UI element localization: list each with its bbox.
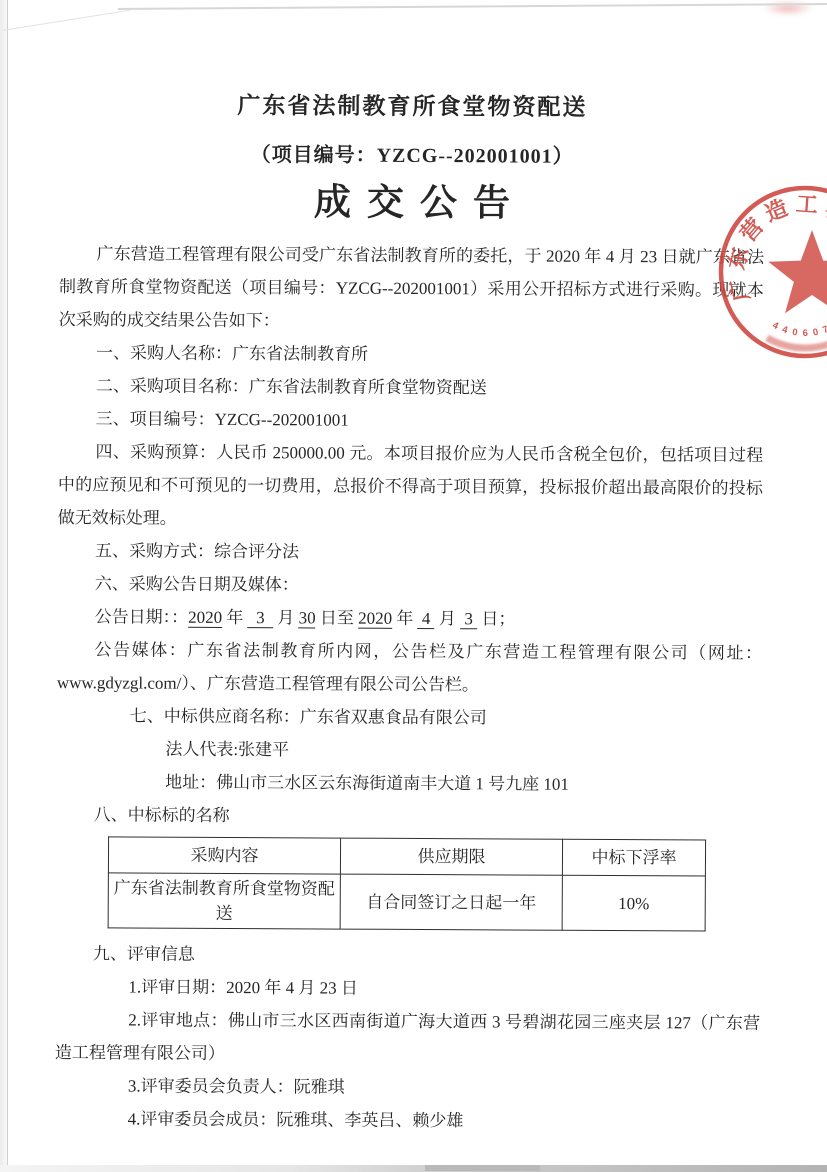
document-body: 广东营造工程管理有限公司受广东省法制教育所的委托，于 2020 年 4 月 23… [55,237,765,1139]
notice-media-line: 公告媒体：广东省法制教育所内网，公告栏及广东营造工程管理有限公司（网址：www.… [57,633,762,703]
date-segment: 月 [435,609,461,628]
item-purchaser-name: 一、采购人名称：广东省法制教育所 [59,336,764,373]
item-winning-supplier: 七、中标供应商名称：广东省双惠食品有限公司 [57,699,762,736]
date-segment: ： [171,608,188,627]
intro-paragraph: 广东营造工程管理有限公司受广东省法制教育所的委托，于 2020 年 4 月 23… [59,237,765,340]
item-award-subject: 八、中标标的名称 [56,798,761,835]
seal-star-icon [768,230,827,313]
review-chair-line: 3.评审委员会负责人：阮雅琪 [55,1069,760,1106]
announcement-heading: 成交公告 [59,180,764,228]
seal-bottom-band [767,338,827,348]
award-table-cell: 10% [562,875,705,931]
notice-date-values: ：2020 年 3 月 30 日至 2020 年 4 月 3 日； [171,608,515,630]
award-table-header-cell: 供应期限 [340,838,562,875]
scanned-document-page: { "doc": { "title": "广东省法制教育所食堂物资配送", "p… [0,0,827,1172]
seal-serial-number: 440607 [771,320,827,339]
date-segment: 2020 [358,609,392,629]
review-location-line: 2.评审地点：佛山市三水区西南街道广海大道西 3 号碧湖花园三座夹层 127（广… [55,1003,760,1073]
scan-edge-left [0,0,8,1172]
scan-edge-bottom-band [0,1165,827,1172]
date-segment: 日至 [316,608,359,627]
award-table-header-row: 采购内容供应期限中标下浮率 [108,837,705,876]
award-table-body: 广东省法制教育所食堂物资配送自合同签订之日起一年10% [108,873,705,931]
review-members-line: 4.评审委员会成员：阮雅琪、李英吕、赖少雄 [55,1102,760,1139]
project-number-line: （项目编号：YZCG--202001001） [60,140,765,172]
date-segment: 年 [392,609,418,628]
date-segment: 月 [273,608,299,627]
award-table-header-cell: 采购内容 [108,837,340,874]
item-project-name: 二、采购项目名称：广东省法制教育所食堂物资配送 [58,369,763,406]
document-title: 广东省法制教育所食堂物资配送 [60,90,765,124]
award-table-header-cell: 中标下浮率 [562,839,705,876]
legal-representative-line: 法人代表:张建平 [56,732,761,769]
company-seal-stamp-icon: 广东营造工程管 440607 [700,172,827,372]
date-segment: 3 [460,609,477,629]
date-segment: 30 [299,608,316,628]
date-segment: 2020 [188,608,222,628]
award-table-cell: 自合同签订之日起一年 [340,874,562,930]
notice-date-line: 公告日期：：2020 年 3 月 30 日至 2020 年 4 月 3 日； [57,600,762,637]
award-table: 采购内容供应期限中标下浮率 广东省法制教育所食堂物资配送自合同签订之日起一年10… [108,836,706,931]
scan-edge-bottom-blob [425,1165,540,1171]
date-segment: 日； [477,609,515,628]
item-project-number: 三、项目编号：YZCG--202001001 [58,402,763,439]
review-date-line: 1.评审日期：2020 年 4 月 23 日 [55,970,760,1007]
item-notice-date-media: 六、采购公告日期及媒体： [57,567,762,604]
item-review-info: 九、评审信息 [55,937,760,974]
date-segment: 年 [222,608,248,627]
award-table-cell: 广东省法制教育所食堂物资配送 [108,873,340,929]
item-method: 五、采购方式：综合评分法 [58,534,763,571]
award-table-row: 广东省法制教育所食堂物资配送自合同签订之日起一年10% [108,873,705,931]
item-budget: 四、采购预算：人民币 250000.00 元。本项目报价应为人民币含税全包价，包… [58,435,764,538]
supplier-address-line: 地址：佛山市三水区云东海街道南丰大道 1 号九座 101 [56,765,761,802]
document-content: 广东省法制教育所食堂物资配送 （项目编号：YZCG--202001001） 成交… [0,0,827,1139]
notice-date-label: 公告日期： [95,607,172,626]
date-segment: 3 [248,608,274,628]
date-segment: 4 [418,609,435,629]
